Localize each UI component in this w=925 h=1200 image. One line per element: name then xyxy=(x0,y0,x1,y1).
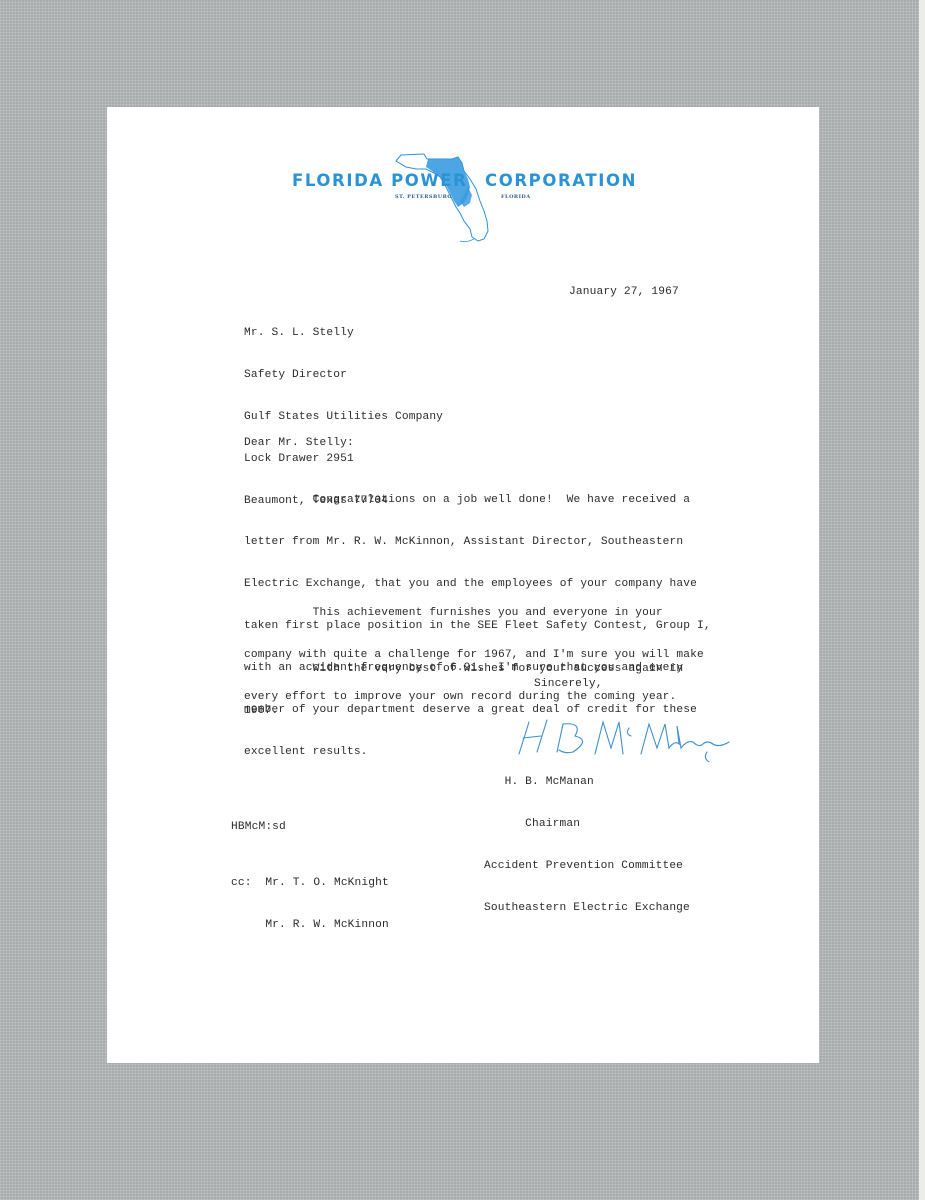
letter-page: FLORIDA POWER CORPORATION ST. PETERSBURG… xyxy=(107,107,819,1063)
address-line: Safety Director xyxy=(244,368,443,382)
letterhead-city: ST. PETERSBURG xyxy=(395,194,452,200)
signer-title: Chairman xyxy=(484,817,690,831)
body-line: This achievement furnishes you and every… xyxy=(244,606,704,620)
address-line: Lock Drawer 2951 xyxy=(244,452,443,466)
address-line: Mr. S. L. Stelly xyxy=(244,326,443,340)
page-edge xyxy=(919,0,925,1200)
letterhead-state: FLORIDA xyxy=(501,194,531,200)
cc-line: cc: Mr. T. O. McKnight xyxy=(231,876,389,890)
signer-committee: Accident Prevention Committee xyxy=(484,859,690,873)
letter-date: January 27, 1967 xyxy=(569,285,679,299)
body-line: letter from Mr. R. W. McKinnon, Assistan… xyxy=(244,535,711,549)
cc-list: cc: Mr. T. O. McKnight Mr. R. W. McKinno… xyxy=(231,848,389,960)
body-line: Congratulations on a job well done! We h… xyxy=(244,493,711,507)
salutation: Dear Mr. Stelly: xyxy=(244,436,354,450)
body-line: With the very best of wishes for your su… xyxy=(244,662,683,676)
reference-initials: HBMcM:sd xyxy=(231,820,286,834)
company-name-right: CORPORATION xyxy=(485,171,637,190)
cc-line: Mr. R. W. McKinnon xyxy=(231,918,389,932)
closing: Sincerely, xyxy=(534,677,603,691)
letterhead: FLORIDA POWER CORPORATION ST. PETERSBURG… xyxy=(292,149,632,244)
signer-organization: Southeastern Electric Exchange xyxy=(484,901,690,915)
signer-name: H. B. McManan xyxy=(484,775,690,789)
address-line: Gulf States Utilities Company xyxy=(244,410,443,424)
company-name-left: FLORIDA POWER xyxy=(292,171,467,190)
signature-block: H. B. McManan Chairman Accident Preventi… xyxy=(484,747,690,943)
